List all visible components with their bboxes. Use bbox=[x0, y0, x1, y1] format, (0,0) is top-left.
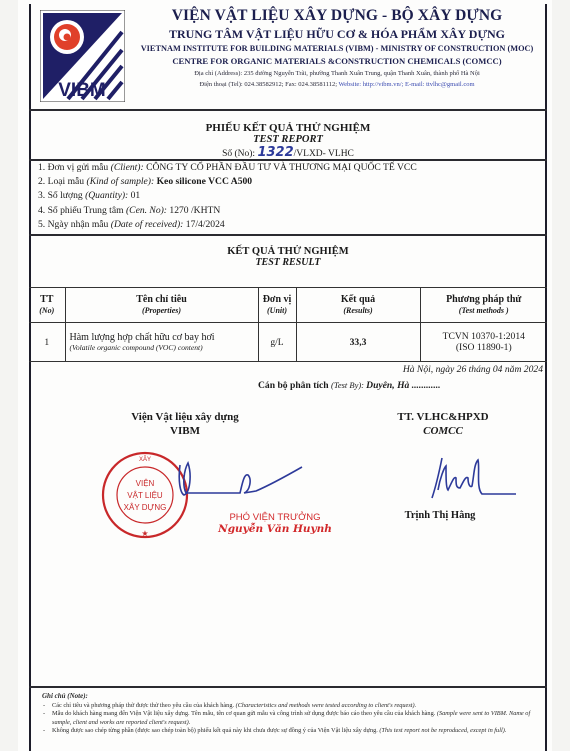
results-table: TT(No)Tên chỉ tiêu(Properties)Đơn vị(Uni… bbox=[29, 287, 547, 362]
test-by: Cán bộ phân tích (Test By): Duyên, Hà ..… bbox=[258, 380, 441, 391]
test-by-label: Cán bộ phân tích bbox=[258, 380, 331, 391]
email-link[interactable]: ; E-mail: ttvlhc@gmail.com bbox=[402, 81, 475, 88]
column-header-en: (Unit) bbox=[267, 306, 287, 315]
info-label: 4. Số phiếu Trung tâm bbox=[38, 205, 126, 216]
info-label-en: (Date of received): bbox=[111, 219, 186, 230]
info-label-en: (Client): bbox=[111, 162, 146, 173]
left-signatory-org: Viện Vật liệu xây dựng VIBM bbox=[110, 410, 260, 438]
info-label-en: (Cen. No): bbox=[126, 205, 169, 216]
info-divider bbox=[29, 234, 547, 236]
column-header-vi: Phương pháp thử bbox=[425, 294, 544, 305]
result-section-title: KẾT QUẢ THỬ NGHIỆM TEST RESULT bbox=[29, 246, 547, 268]
info-label-en: (Kind of sample): bbox=[87, 176, 157, 187]
header-line-4: CENTRE FOR ORGANIC MATERIALS &CONSTRUCTI… bbox=[128, 55, 546, 68]
report-number-handwritten: 1322 bbox=[257, 145, 293, 160]
note-text-vi: Các chỉ tiêu và phương pháp thử được thử… bbox=[52, 702, 236, 709]
note-item: Các chỉ tiêu và phương pháp thử được thử… bbox=[42, 702, 542, 711]
cell-unit: g/L bbox=[258, 323, 296, 362]
column-header: Tên chỉ tiêu(Properties) bbox=[65, 288, 258, 323]
svg-text:★: ★ bbox=[141, 529, 148, 538]
info-value: 17/4/2024 bbox=[186, 219, 225, 230]
report-title-vi: PHIẾU KẾT QUẢ THỬ NGHIỆM bbox=[29, 122, 547, 134]
column-header-vi: TT bbox=[33, 294, 61, 305]
svg-text:VIỆN: VIỆN bbox=[136, 479, 155, 488]
info-item: 3. Số lượng (Quantity): 01 bbox=[38, 189, 417, 203]
notes-section: Ghi chú (Note): Các chỉ tiêu và phương p… bbox=[42, 692, 542, 736]
info-item: 4. Số phiếu Trung tâm (Cen. No): 1270 /K… bbox=[38, 204, 417, 218]
note-text-en: (Characteristics and methods were tested… bbox=[236, 702, 417, 709]
column-header-en: (No) bbox=[39, 306, 54, 315]
svg-text:XÂY: XÂY bbox=[139, 456, 151, 463]
header-line-1: VIỆN VẬT LIỆU XÂY DỰNG - BỘ XÂY DỰNG bbox=[128, 6, 546, 26]
info-item: 1. Đơn vị gửi mẫu (Client): CÔNG TY CỔ P… bbox=[38, 161, 417, 175]
note-text-en: (This test report not be reproduced, exc… bbox=[379, 727, 506, 734]
result-title-vi: KẾT QUẢ THỬ NGHIỆM bbox=[29, 246, 547, 257]
deputy-name: Nguyễn Văn Huynh bbox=[210, 523, 340, 535]
cell-no: 1 bbox=[29, 323, 65, 362]
info-item: 5. Ngày nhận mẫu (Date of received): 17/… bbox=[38, 218, 417, 232]
left-org-abbr: VIBM bbox=[110, 424, 260, 438]
right-org-name: TT. VLHC&HPXD bbox=[368, 410, 518, 424]
info-value: 01 bbox=[131, 190, 141, 201]
info-value: CÔNG TY CỔ PHẦN ĐẦU TƯ VÀ THƯƠNG MẠI QUỐ… bbox=[146, 162, 417, 173]
note-item: Mẫu do khách hàng mang đến Viện Vật liệu… bbox=[42, 710, 542, 727]
svg-text:VIBM: VIBM bbox=[58, 80, 106, 101]
method-line-2: (ISO 11890-1) bbox=[425, 342, 544, 353]
info-label: 1. Đơn vị gửi mẫu bbox=[38, 162, 111, 173]
property-vi: Hàm lượng hợp chất hữu cơ bay hơi bbox=[70, 332, 254, 343]
notes-divider bbox=[29, 686, 547, 688]
cell-method: TCVN 10370-1:2014(ISO 11890-1) bbox=[420, 323, 547, 362]
property-en: (Volatile organic compound (VOC) content… bbox=[70, 343, 254, 352]
header-line-2: TRUNG TÂM VẬT LIỆU HỮU CƠ & HÓA PHẨM XÂY… bbox=[128, 26, 546, 42]
deputy-role: PHÓ VIỆN TRƯỞNG bbox=[210, 512, 340, 523]
column-header-en: (Properties) bbox=[142, 306, 181, 315]
report-date: Hà Nội, ngày 26 tháng 04 năm 2024 bbox=[403, 364, 543, 375]
result-title-en: TEST RESULT bbox=[29, 257, 547, 268]
vibm-logo-icon: VIBM bbox=[40, 10, 125, 102]
report-title-en: TEST REPORT bbox=[29, 134, 547, 145]
test-by-label-en: (Test By): bbox=[331, 380, 366, 390]
deputy-signature-icon bbox=[160, 455, 310, 515]
header-line-3: VIETNAM INSTITUTE FOR BUILDING MATERIALS… bbox=[128, 42, 546, 55]
method-line-1: TCVN 10370-1:2014 bbox=[425, 331, 544, 342]
table-body: 1Hàm lượng hợp chất hữu cơ bay hơi(Volat… bbox=[29, 323, 547, 362]
deputy-director-block: PHÓ VIỆN TRƯỞNG Nguyễn Văn Huynh bbox=[210, 512, 340, 535]
note-item: Không được sao chép từng phần (được sao … bbox=[42, 727, 542, 736]
column-header-en: (Results) bbox=[343, 306, 372, 315]
right-org-abbr: COMCC bbox=[368, 424, 518, 438]
table-header-row: TT(No)Tên chỉ tiêu(Properties)Đơn vị(Uni… bbox=[29, 288, 547, 323]
info-value: Keo silicone VCC A500 bbox=[157, 176, 253, 187]
institute-header: VIỆN VẬT LIỆU XÂY DỰNG - BỘ XÂY DỰNG TRU… bbox=[128, 6, 546, 90]
column-header-vi: Đơn vị bbox=[263, 294, 292, 305]
notes-list: Các chỉ tiêu và phương pháp thử được thử… bbox=[42, 702, 542, 736]
test-by-value: Duyên, Hà ............ bbox=[366, 380, 440, 391]
svg-text:VẬT LIỆU: VẬT LIỆU bbox=[127, 491, 163, 500]
note-text-vi: Không được sao chép từng phần (được sao … bbox=[52, 727, 379, 734]
info-label-en: (Quantity): bbox=[85, 190, 131, 201]
report-number-label: Số (No): bbox=[222, 149, 257, 159]
report-number: Số (No): 1322/VLXD- VLHC bbox=[29, 145, 547, 160]
column-header: Đơn vị(Unit) bbox=[258, 288, 296, 323]
right-signer-name: Trịnh Thị Hằng bbox=[370, 510, 510, 521]
document-frame bbox=[29, 4, 547, 751]
column-header-vi: Kết quả bbox=[301, 294, 416, 305]
column-header: Phương pháp thử(Test methods ) bbox=[420, 288, 547, 323]
info-label: 2. Loại mẫu bbox=[38, 176, 87, 187]
left-org-name: Viện Vật liệu xây dựng bbox=[110, 410, 260, 424]
header-divider bbox=[29, 109, 547, 111]
report-number-suffix: /VLXD- VLHC bbox=[294, 149, 354, 159]
table-row: 1Hàm lượng hợp chất hữu cơ bay hơi(Volat… bbox=[29, 323, 547, 362]
column-header-en: (Test methods ) bbox=[459, 306, 509, 315]
right-signatory-org: TT. VLHC&HPXD COMCC bbox=[368, 410, 518, 438]
info-item: 2. Loại mẫu (Kind of sample): Keo silico… bbox=[38, 175, 417, 189]
info-value: 1270 /KHTN bbox=[169, 205, 220, 216]
website-link[interactable]: Website: http://vibm.vn/ bbox=[339, 81, 402, 88]
note-text-vi: Mẫu do khách hàng mang đến Viện Vật liệu… bbox=[52, 710, 437, 717]
column-header-vi: Tên chỉ tiêu bbox=[70, 294, 254, 305]
report-title: PHIẾU KẾT QUẢ THỬ NGHIỆM TEST REPORT Số … bbox=[29, 122, 547, 160]
contact-phone-fax: Điện thoại (Tel): 024.38582912; Fax: 024… bbox=[199, 81, 338, 88]
notes-heading: Ghi chú (Note): bbox=[42, 692, 542, 701]
column-header: TT(No) bbox=[29, 288, 65, 323]
cell-property: Hàm lượng hợp chất hữu cơ bay hơi(Volati… bbox=[65, 323, 258, 362]
info-label: 5. Ngày nhận mẫu bbox=[38, 219, 111, 230]
header-contact: Điện thoại (Tel): 024.38582912; Fax: 024… bbox=[128, 79, 546, 90]
sample-info-list: 1. Đơn vị gửi mẫu (Client): CÔNG TY CỔ P… bbox=[38, 161, 417, 232]
header-address: Địa chỉ (Address): 235 đường Nguyễn Trãi… bbox=[128, 68, 546, 79]
right-signature-icon bbox=[420, 450, 520, 510]
cell-result: 33,3 bbox=[296, 323, 420, 362]
info-label: 3. Số lượng bbox=[38, 190, 85, 201]
column-header: Kết quả(Results) bbox=[296, 288, 420, 323]
